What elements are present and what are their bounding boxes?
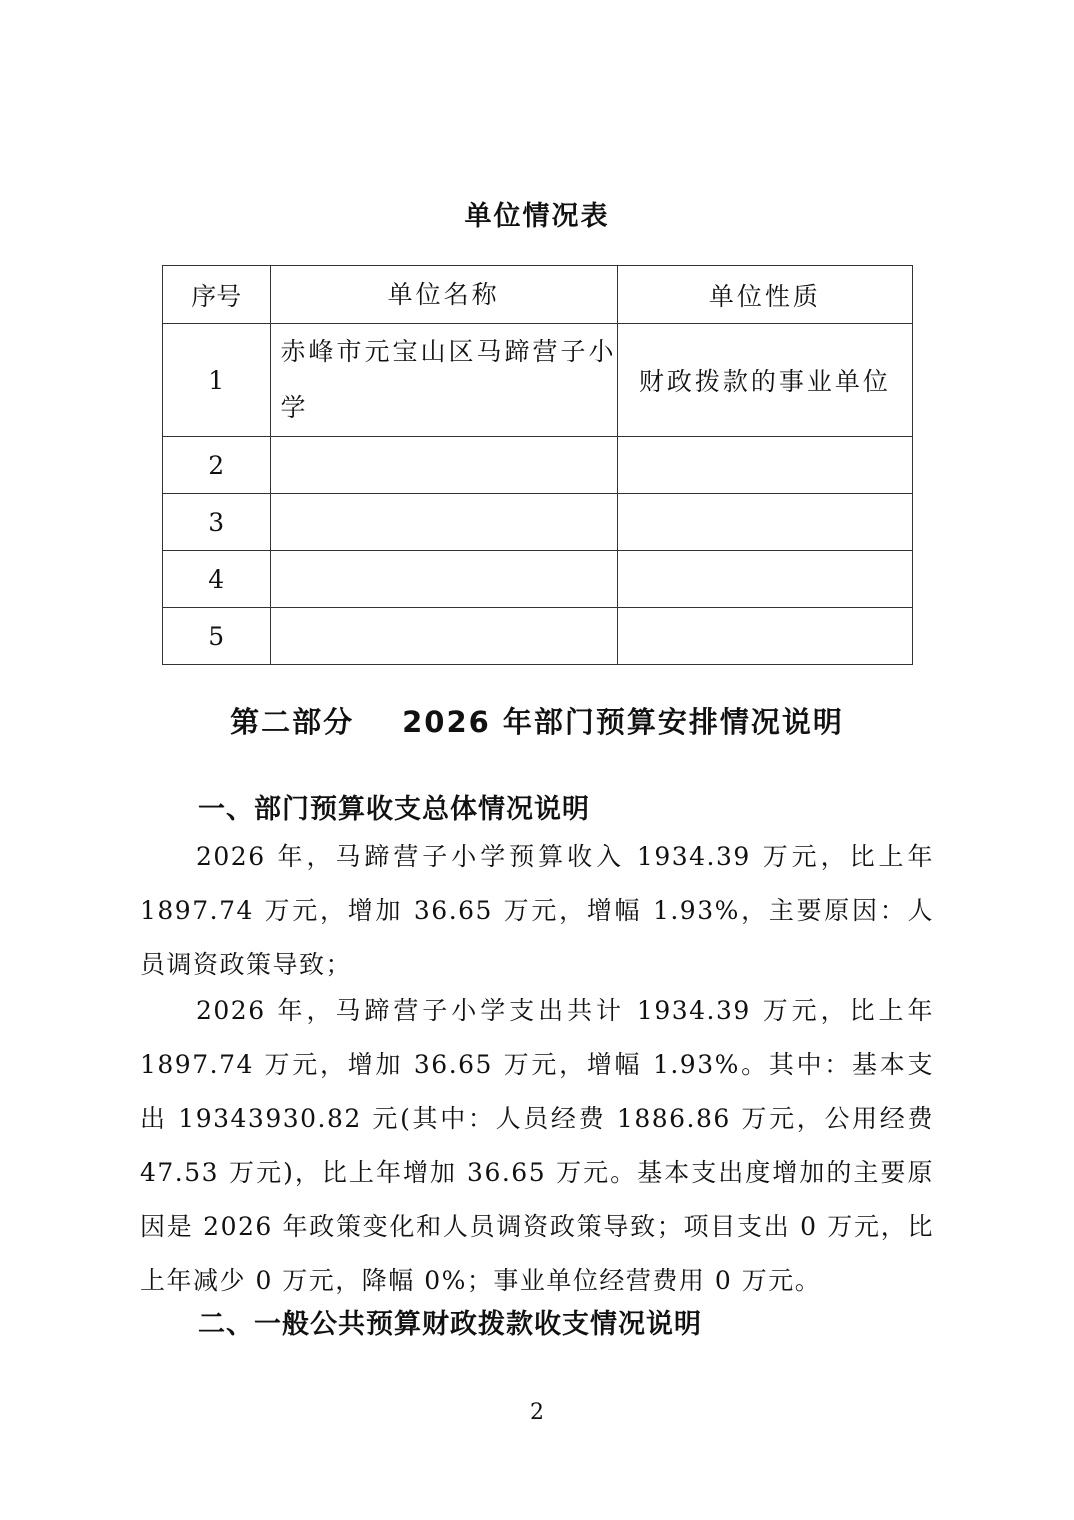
section-1-paragraph-income: 2026 年，马蹄营子小学预算收入 1934.39 万元，比上年 1897.74… [140,830,934,992]
table-row: 5 [163,608,913,665]
cell-no: 4 [163,551,271,608]
cell-no: 5 [163,608,271,665]
table-row: 1 赤峰市元宝山区马蹄营子小学 财政拨款的事业单位 [163,324,913,437]
table-title: 单位情况表 [0,194,1074,233]
header-no: 序号 [163,266,271,324]
table-row: 3 [163,494,913,551]
table-header-row: 序号 单位名称 单位性质 [163,266,913,324]
cell-no: 1 [163,324,271,437]
unit-info-table: 序号 单位名称 单位性质 1 赤峰市元宝山区马蹄营子小学 财政拨款的事业单位 2… [162,265,913,665]
cell-unit-name [270,437,617,494]
part-heading: 2026 年部门预算安排情况说明 [402,705,844,739]
part-label: 第二部分 [230,705,354,739]
cell-no: 3 [163,494,271,551]
cell-unit-name [270,551,617,608]
cell-unit-nature [617,608,912,665]
cell-unit-nature [617,437,912,494]
header-unit-name: 单位名称 [270,266,617,324]
header-unit-nature: 单位性质 [617,266,912,324]
table-row: 2 [163,437,913,494]
cell-unit-nature: 财政拨款的事业单位 [617,324,912,437]
section-2-heading: 二、一般公共预算财政拨款收支情况说明 [198,1302,702,1341]
cell-unit-name [270,494,617,551]
cell-unit-nature [617,494,912,551]
page-number: 2 [0,1400,1074,1425]
section-1-heading: 一、部门预算收支总体情况说明 [198,787,590,826]
cell-unit-name [270,608,617,665]
section-1-paragraph-expenditure: 2026 年，马蹄营子小学支出共计 1934.39 万元，比上年 1897.74… [140,984,934,1308]
table-row: 4 [163,551,913,608]
cell-no: 2 [163,437,271,494]
cell-unit-name: 赤峰市元宝山区马蹄营子小学 [270,324,617,437]
cell-unit-nature [617,551,912,608]
part-title: 第二部分2026 年部门预算安排情况说明 [0,700,1074,741]
